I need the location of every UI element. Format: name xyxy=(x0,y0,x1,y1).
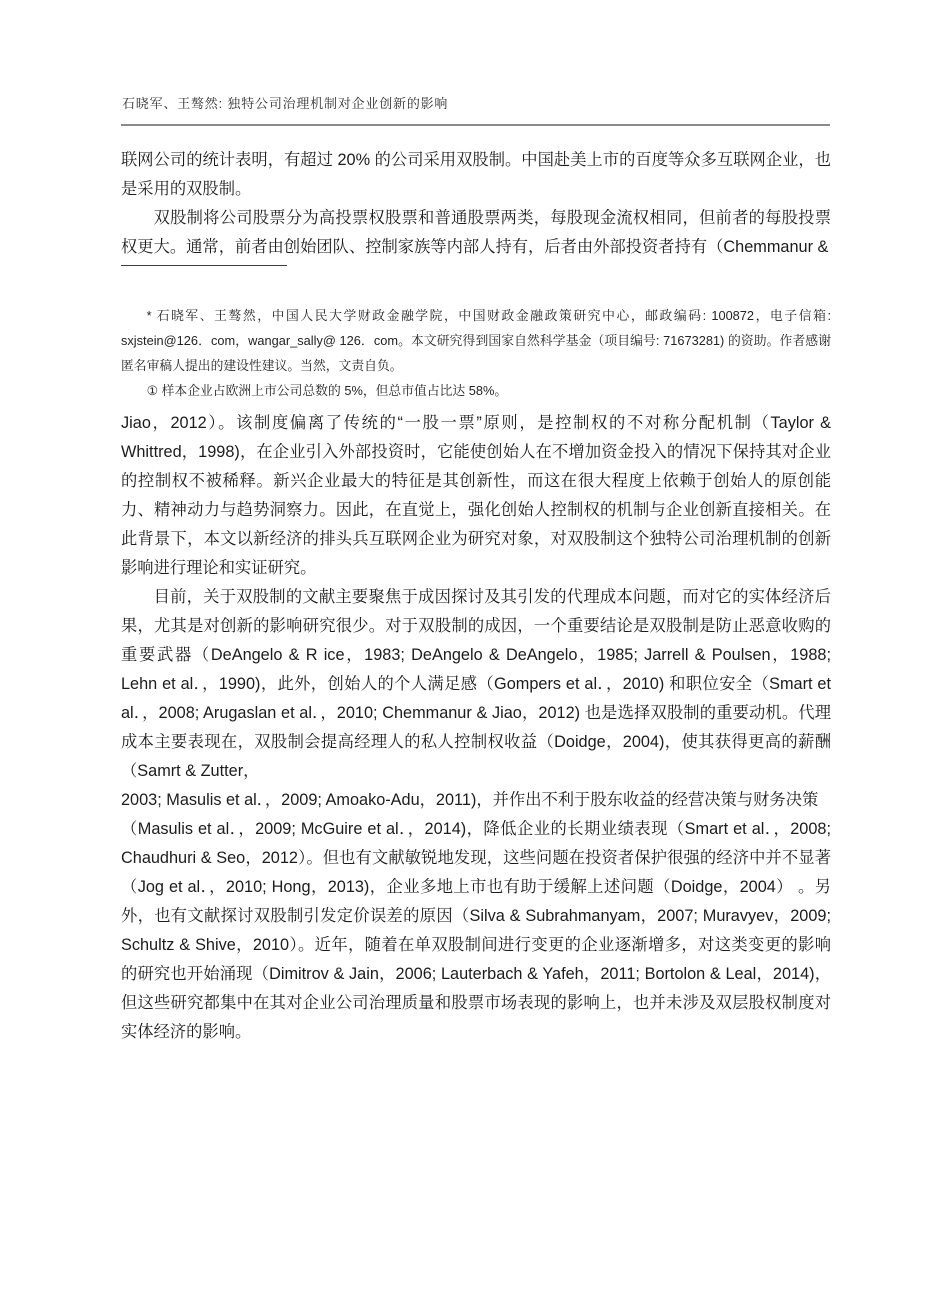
paragraph-continued-from-previous-page: 联网公司的统计表明，有超过 20% 的公司采用双股制。中国赴美上市的百度等众多互… xyxy=(121,146,831,204)
paragraph-literature-review-part1: 目前，关于双股制的文献主要聚焦于成因探讨及其引发的代理成本问题，而对它的实体经济… xyxy=(121,583,831,786)
footnote-1: ① 样本企业占欧洲上市公司总数的 5%，但总市值占比达 58%。 xyxy=(121,378,831,403)
paragraph-dual-class-definition: 双股制将公司股票分为高投票权股票和普通股票两类，每股现金流权相同，但前者的每股投… xyxy=(121,204,831,262)
paragraph-dual-class-definition-continued: Jiao，2012）。该制度偏离了传统的“一股一票”原则，是控制权的不对称分配机… xyxy=(121,409,831,583)
footnote-author-note: * 石晓军、王骜然，中国人民大学财政金融学院，中国财政金融政策研究中心，邮政编码… xyxy=(121,303,831,378)
document-body: 联网公司的统计表明，有超过 20% 的公司采用双股制。中国赴美上市的百度等众多互… xyxy=(121,146,831,1047)
paragraph-literature-review-part2: 2003; Masulis et al．，2009; Amoako-Adu，20… xyxy=(121,786,831,815)
footnote-separator xyxy=(121,265,287,266)
running-header: 石晓军、王骜然: 独特公司治理机制对企业创新的影响 xyxy=(122,95,830,113)
paragraph-literature-review-part3: （Masulis et al．，2009; McGuire et al．，201… xyxy=(121,815,831,1047)
paper-page: 石晓军、王骜然: 独特公司治理机制对企业创新的影响 联网公司的统计表明，有超过 … xyxy=(0,0,950,1312)
footnote-block: * 石晓军、王骜然，中国人民大学财政金融学院，中国财政金融政策研究中心，邮政编码… xyxy=(121,303,831,403)
header-rule xyxy=(121,124,830,126)
